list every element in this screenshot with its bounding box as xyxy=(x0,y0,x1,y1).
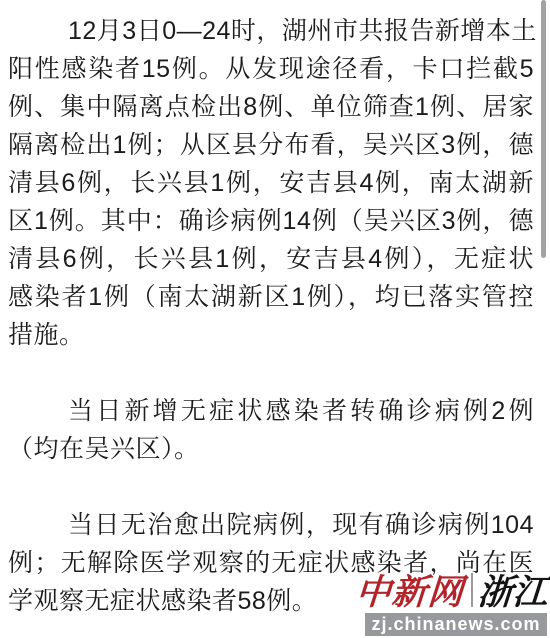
chinanews-zhejiang-logo: 中新网 浙江 xyxy=(352,568,550,612)
paragraph: 当日新增无症状感染者转确诊病例2例 （均在吴兴区）。 xyxy=(8,392,534,468)
text-line: 阳性感染者15例。从发现途径看，卡口拦截5 xyxy=(8,50,534,88)
chinanews-logo-text: 中新网 xyxy=(354,565,466,615)
article-page: { "page": { "background": "#ffffff", "te… xyxy=(0,0,550,638)
watermark-domain: zj.chinanews.com xyxy=(365,613,547,636)
text-line: 清县6例，长兴县1例，安吉县4例），无症状 xyxy=(8,240,534,278)
text-line: 当日无治愈出院病例，现有确诊病例104 xyxy=(8,506,534,544)
article-body: 12月3日0—24时，湖州市共报告新增本土 阳性感染者15例。从发现途径看，卡口… xyxy=(8,12,534,620)
site-watermark: 中新网 浙江 zj.chinanews.com xyxy=(352,568,550,636)
zhejiang-logo-text: 浙江 xyxy=(476,565,550,615)
text-line: 当日新增无症状感染者转确诊病例2例 xyxy=(8,392,534,430)
text-line: （均在吴兴区）。 xyxy=(8,430,534,468)
text-line: 清县6例，长兴县1例，安吉县4例，南太湖新 xyxy=(8,164,534,202)
text-line: 感染者1例（南太湖新区1例），均已落实管控 xyxy=(8,278,534,316)
scrollbar[interactable] xyxy=(541,0,546,258)
text-line: 12月3日0—24时，湖州市共报告新增本土 xyxy=(8,12,534,50)
text-line: 区1例。其中：确诊病例14例（吴兴区3例，德 xyxy=(8,202,534,240)
text-line: 隔离检出1例；从区县分布看，吴兴区3例，德 xyxy=(8,126,534,164)
text-line: 例、集中隔离点检出8例、单位筛查1例、居家 xyxy=(8,88,534,126)
paragraph: 12月3日0—24时，湖州市共报告新增本土 阳性感染者15例。从发现途径看，卡口… xyxy=(8,12,534,354)
logo-divider xyxy=(471,573,473,607)
text-line: 措施。 xyxy=(8,316,534,354)
